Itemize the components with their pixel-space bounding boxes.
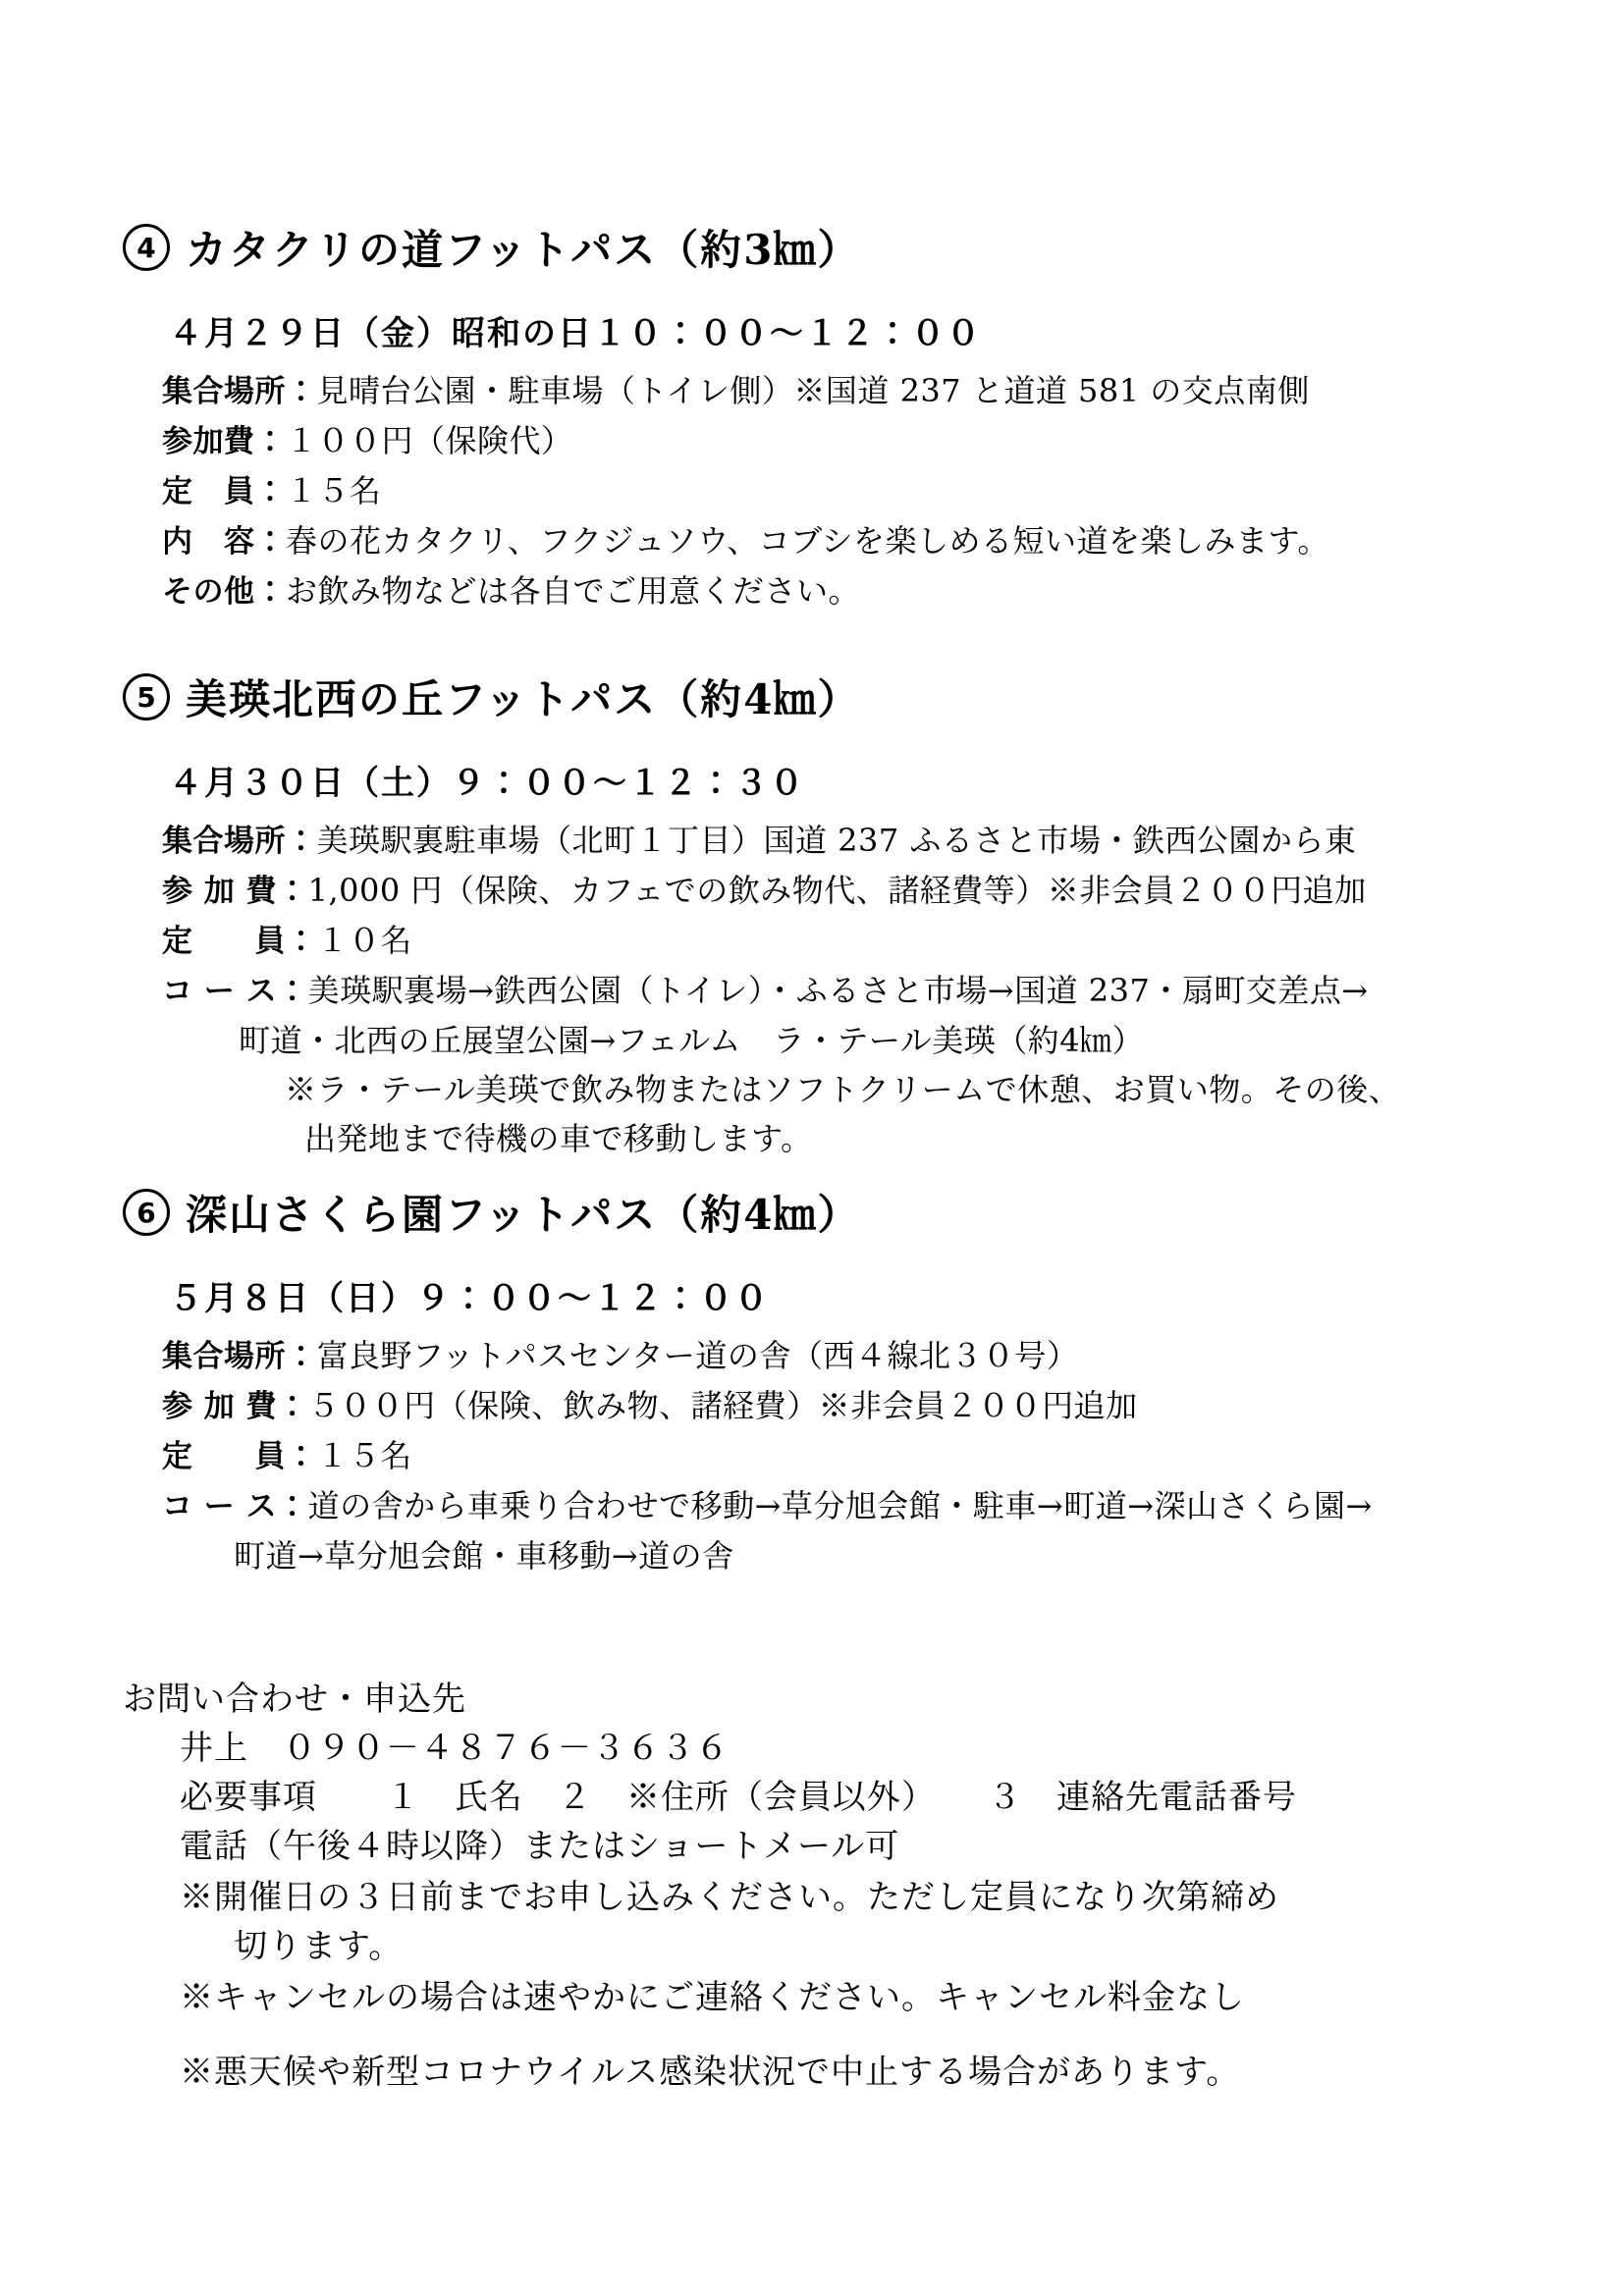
course-continuation-line: 町道・北西の丘展望公園→フェルム ラ・テール美瑛（約4㎞） (239, 1016, 1515, 1065)
field-row-capacity: 定 員：１５名 (162, 1431, 1515, 1481)
field-label: その他： (162, 574, 286, 610)
contact-cancel-note: ※キャンセルの場合は速やかにご連絡ください。キャンセル料金なし (180, 1973, 1515, 2022)
contact-deadline-note-continuation: 切ります。 (234, 1922, 1515, 1971)
contact-phone-hours: 電話（午後４時以降）またはショートメール可 (180, 1822, 1515, 1871)
field-label: 定 員： (162, 1439, 317, 1474)
section-title-line: 5 美瑛北西の丘フットパス（約4㎞） (123, 667, 1515, 726)
circled-number-icon: 4 (123, 224, 170, 271)
contact-heading: お問い合わせ・申込先 (123, 1675, 1515, 1724)
field-row-meeting-place: 集合場所：富良野フットパスセンター道の舎（西４線北３０号） (162, 1331, 1515, 1381)
field-row-course: コ ー ス：美瑛駅裏場→鉄西公園（トイレ）・ふるさと市場→国道 237・扇町交差… (162, 966, 1515, 1016)
field-row-meeting-place: 集合場所：見晴台公園・駐車場（トイレ側）※国道 237 と道道 581 の交点南… (162, 366, 1515, 416)
document-page: 4 カタクリの道フットパス（約3㎞） ４月２９日（金）昭和の日１０：００～１２：… (0, 0, 1623, 2296)
field-row-description: 内 容：春の花カタクリ、フクジュソウ、コブシを楽しめる短い道を楽しみます。 (162, 516, 1515, 566)
event-section-miyama-sakura: 6 深山さくら園フットパス（約4㎞） ５月８日（日）９：００～１２：００ 集合場… (123, 1183, 1515, 1580)
event-section-biei-hokusei: 5 美瑛北西の丘フットパス（約4㎞） ４月３０日（土）９：００～１２：３０ 集合… (123, 667, 1515, 1163)
field-label: 定 員： (162, 924, 317, 959)
field-row-meeting-place: 集合場所：美瑛駅裏駐車場（北町１丁目）国道 237 ふるさと市場・鉄西公園から東 (162, 816, 1515, 866)
field-label: 定 員： (162, 474, 286, 509)
field-value: 道の舎から車乗り合わせで移動→草分旭会館・駐車→町道→深山さくら園→ (308, 1487, 1373, 1524)
field-label: コ ー ス： (162, 1489, 308, 1524)
contact-weather-note: ※悪天候や新型コロナウイルス感染状況で中止する場合があります。 (180, 2048, 1515, 2097)
field-value: お飲み物などは各自でご用意ください。 (286, 572, 860, 610)
contact-block: お問い合わせ・申込先 井上 ０９０－４８７６－３６３６ 必要事項 １ 氏名 ２ … (123, 1675, 1515, 2097)
event-date: ４月２９日（金）昭和の日１０：００～１２：００ (169, 306, 1515, 354)
field-value: １０名 (317, 922, 413, 959)
event-date: ４月３０日（土）９：００～１２：３０ (169, 756, 1515, 804)
field-label: 参 加 費： (162, 874, 308, 909)
field-value: ５００円（保険、飲み物、諸経費）※非会員２００円追加 (308, 1387, 1138, 1424)
section-title-line: 6 深山さくら園フットパス（約4㎞） (123, 1183, 1515, 1242)
section-title: カタクリの道フットパス（約3㎞） (186, 218, 860, 277)
contact-name-phone: 井上 ０９０－４８７６－３６３６ (180, 1724, 1515, 1773)
field-value: 美瑛駅裏場→鉄西公園（トイレ）・ふるさと市場→国道 237・扇町交差点→ (308, 972, 1369, 1009)
field-row-fee: 参加費：１００円（保険代） (162, 416, 1515, 466)
section-title: 深山さくら園フットパス（約4㎞） (186, 1183, 860, 1242)
field-value: １００円（保険代） (286, 422, 573, 459)
contact-required-items: 必要事項 １ 氏名 ２ ※住所（会員以外） ３ 連絡先電話番号 (180, 1773, 1515, 1822)
contact-deadline-note: ※開催日の３日前までお申し込みください。ただし定員になり次第締め (180, 1873, 1515, 1922)
field-value: 美瑛駅裏駐車場（北町１丁目）国道 237 ふるさと市場・鉄西公園から東 (317, 822, 1357, 859)
course-note-line: 出発地まで待機の車で移動します。 (304, 1114, 1515, 1163)
field-row-course: コ ー ス：道の舎から車乗り合わせで移動→草分旭会館・駐車→町道→深山さくら園→ (162, 1481, 1515, 1531)
event-section-katakuri: 4 カタクリの道フットパス（約3㎞） ４月２９日（金）昭和の日１０：００～１２：… (123, 218, 1515, 616)
field-row-fee: 参 加 費：1,000 円（保険、カフェでの飲み物代、諸経費等）※非会員２００円… (162, 866, 1515, 916)
section-title-line: 4 カタクリの道フットパス（約3㎞） (123, 218, 1515, 277)
field-label: コ ー ス： (162, 974, 308, 1009)
field-row-other: その他：お飲み物などは各自でご用意ください。 (162, 566, 1515, 616)
field-row-fee: 参 加 費：５００円（保険、飲み物、諸経費）※非会員２００円追加 (162, 1381, 1515, 1431)
field-label: 集合場所： (162, 374, 317, 409)
field-label: 集合場所： (162, 824, 317, 859)
field-label: 参 加 費： (162, 1389, 308, 1424)
circled-number-icon: 5 (123, 673, 170, 721)
section-title: 美瑛北西の丘フットパス（約4㎞） (186, 667, 860, 726)
field-value: １５名 (286, 472, 382, 509)
field-value: 春の花カタクリ、フクジュソウ、コブシを楽しめる短い道を楽しみます。 (286, 522, 1329, 560)
field-label: 内 容： (162, 524, 286, 560)
field-value: 富良野フットパスセンター道の舎（西４線北３０号） (317, 1337, 1079, 1374)
field-value: １５名 (317, 1437, 413, 1474)
field-value: 見晴台公園・駐車場（トイレ側）※国道 237 と道道 581 の交点南側 (317, 372, 1310, 409)
event-date: ５月８日（日）９：００～１２：００ (169, 1271, 1515, 1319)
course-continuation-line: 町道→草分旭会館・車移動→道の舎 (234, 1531, 1515, 1580)
circled-number-icon: 6 (123, 1189, 170, 1236)
field-row-capacity: 定 員：１０名 (162, 916, 1515, 966)
field-label: 集合場所： (162, 1339, 317, 1374)
course-note-line: ※ラ・テール美瑛で飲み物またはソフトクリームで休憩、お買い物。その後、 (285, 1065, 1515, 1114)
field-row-capacity: 定 員：１５名 (162, 466, 1515, 516)
field-value: 1,000 円（保険、カフェでの飲み物代、諸経費等）※非会員２００円追加 (308, 872, 1367, 909)
field-label: 参加費： (162, 424, 286, 459)
